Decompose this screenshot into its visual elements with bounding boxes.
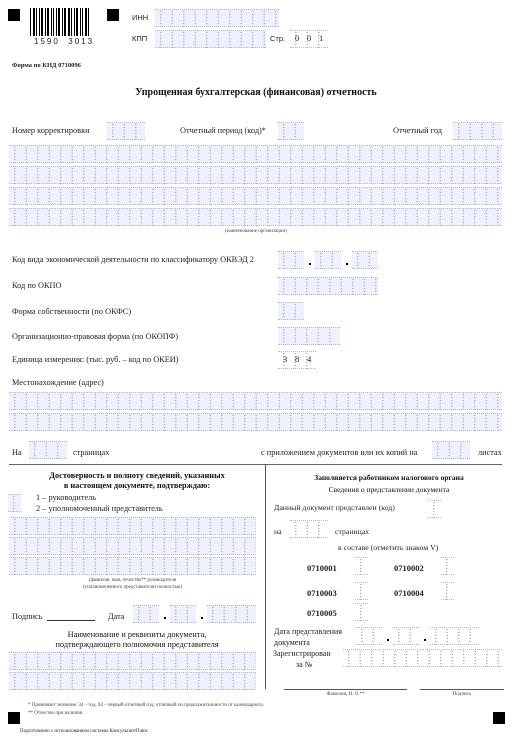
year-label: Отчетный год — [393, 126, 442, 135]
okved-field-2[interactable] — [315, 251, 341, 269]
submission-date-label-line1: Дата представления — [274, 627, 342, 636]
authority-doc-row-1[interactable] — [9, 652, 256, 670]
okopf-field[interactable] — [278, 327, 340, 345]
kpp-label: КПП — [132, 34, 147, 43]
composition-label: в составе (отметить знаком V) — [338, 543, 438, 552]
submission-date-separator-1 — [387, 639, 389, 641]
registration-marker-bottom-left — [8, 712, 20, 724]
inspector-fio-caption: Фамилия, И. О.** — [284, 692, 407, 697]
submitted-code-field[interactable] — [428, 500, 441, 518]
registration-number-field[interactable] — [343, 649, 502, 667]
correction-label: Номер корректировки — [12, 126, 90, 135]
pages-count-field[interactable] — [29, 441, 67, 459]
authority-doc-heading-line1: Наименование и реквизиты документа, — [9, 630, 265, 639]
okpo-field[interactable] — [278, 277, 378, 295]
org-name-row-4[interactable] — [9, 208, 502, 226]
column-divider — [265, 464, 266, 689]
okopf-label: Организационно-правовая форма (по ОКОПФ) — [12, 332, 178, 341]
correction-number-field[interactable] — [107, 122, 145, 140]
org-name-row-2[interactable] — [9, 166, 502, 184]
page-digit-3: 1 — [319, 33, 323, 43]
section-divider — [9, 464, 502, 465]
tax-office-heading: Заполняется работником налогового органа — [266, 473, 512, 482]
registered-label-line1: Зарегистрирован — [273, 649, 331, 658]
signer-fio-row-1[interactable] — [9, 517, 256, 535]
submission-date-year[interactable] — [430, 627, 479, 645]
org-name-row-3[interactable] — [9, 187, 502, 205]
date-separator-1 — [164, 617, 166, 619]
signature-label: Подпись — [12, 612, 42, 621]
inspector-signature-line — [420, 689, 504, 690]
code-0710003-checkbox[interactable] — [355, 582, 368, 600]
inn-label: ИНН — [132, 13, 148, 22]
registered-label-line2: за № — [296, 660, 312, 669]
signer-option-2: 2 – уполномоченный представитель — [36, 504, 163, 513]
attachments-label: с приложением документов или их копий на — [261, 448, 417, 457]
submission-date-separator-2 — [424, 639, 426, 641]
org-name-caption: (наименование организации) — [0, 229, 512, 234]
code-0710002-checkbox[interactable] — [441, 557, 454, 575]
address-row-1[interactable] — [9, 392, 502, 410]
org-name-row-1[interactable] — [9, 145, 502, 163]
kpp-field[interactable] — [155, 30, 266, 48]
confirmation-heading-line1: Достоверность и полноту сведений, указан… — [9, 471, 265, 480]
page-label: Стр. — [270, 34, 285, 43]
form-code: Форма по КНД 0710096 — [12, 62, 81, 69]
pages-prefix: На — [12, 448, 22, 457]
confirmation-heading-line2: в настоящем документе, подтверждаю: — [9, 481, 265, 490]
okved-separator-2 — [346, 263, 348, 265]
code-0710004-checkbox[interactable] — [441, 582, 454, 600]
registration-marker-top-left — [8, 9, 20, 21]
code-0710002: 0710002 — [394, 563, 424, 573]
page-digit-1: 0 — [295, 33, 299, 43]
submitted-code-label: Данный документ представлен (код) — [274, 503, 395, 512]
authority-doc-heading-line2: подтверждающего полномочия представителя — [9, 640, 265, 649]
date-separator-2 — [201, 617, 203, 619]
code-0710005-checkbox[interactable] — [355, 603, 368, 621]
okved-separator-1 — [309, 263, 311, 265]
signer-fio-row-2[interactable] — [9, 537, 256, 555]
code-0710004: 0710004 — [394, 588, 424, 598]
okfs-field[interactable] — [278, 302, 304, 320]
authority-doc-row-2[interactable] — [9, 672, 256, 690]
submission-date-label-line2: документа — [274, 638, 310, 647]
okei-digit-3: 4 — [307, 354, 311, 364]
signature-date-year[interactable] — [207, 605, 256, 623]
barcode-number: 1590 3013 — [34, 37, 94, 46]
page-digit-2: 0 — [307, 33, 311, 43]
footnote-2: ** Отчество при наличии. — [28, 711, 84, 716]
signer-fio-row-3[interactable] — [9, 557, 256, 575]
signer-type-field[interactable] — [8, 494, 21, 512]
signature-line[interactable] — [47, 620, 95, 621]
address-label: Местонахождение (адрес) — [12, 378, 104, 387]
signature-date-day[interactable] — [133, 605, 159, 623]
okved-label: Код вида экономической деятельности по к… — [12, 255, 254, 264]
signer-fio-caption-line2: (уполномоченного представителя) полность… — [9, 585, 256, 590]
tax-office-subheading: Сведения о представлении документа — [266, 485, 512, 494]
footnote-1: * Принимает значение: 34 – год, 94 – пер… — [28, 703, 264, 708]
inspector-fio-line — [284, 689, 407, 690]
code-0710005: 0710005 — [307, 608, 337, 618]
pages-suffix: страницах — [73, 448, 109, 457]
code-0710001-checkbox[interactable] — [355, 557, 368, 575]
inspector-signature-caption: Подпись — [420, 692, 504, 697]
date-label: Дата — [108, 612, 125, 621]
code-0710003: 0710003 — [307, 588, 337, 598]
registration-marker-bottom-right — [493, 712, 505, 724]
attachments-suffix: листах — [478, 448, 502, 457]
okfs-label: Форма собственности (по ОКФС) — [12, 307, 131, 316]
okpo-label: Код по ОКПО — [12, 281, 62, 290]
submission-date-month[interactable] — [393, 627, 419, 645]
okved-field-3[interactable] — [352, 251, 378, 269]
tax-pages-field[interactable] — [290, 520, 328, 538]
inn-field[interactable] — [155, 9, 279, 27]
reporting-year-field[interactable] — [453, 122, 502, 140]
okved-field-1[interactable] — [278, 251, 304, 269]
address-row-2[interactable] — [9, 413, 502, 431]
reporting-period-field[interactable] — [278, 122, 304, 140]
okei-digit-2: 8 — [295, 354, 299, 364]
tax-pages-suffix: страницах — [335, 527, 369, 536]
signature-date-month[interactable] — [170, 605, 196, 623]
tax-pages-prefix: на — [274, 527, 282, 536]
signer-fio-caption-line1: (фамилия, имя, отчество** руководителя — [9, 578, 256, 583]
page-title: Упрощенная бухгалтерская (финансовая) от… — [0, 87, 512, 98]
okei-digit-1: 3 — [283, 354, 287, 364]
code-0710001: 0710001 — [307, 563, 337, 573]
barcode — [30, 8, 96, 36]
submission-date-day[interactable] — [356, 627, 382, 645]
okei-label: Единица измерения: (тыс. руб. – код по О… — [12, 355, 179, 364]
period-label: Отчетный период (код)* — [180, 126, 266, 135]
prepared-with-note: Подготовлено с использованием системы Ко… — [20, 729, 148, 734]
attachments-count-field[interactable] — [432, 441, 470, 459]
registration-marker-top-center — [107, 9, 119, 21]
signer-option-1: 1 – руководитель — [36, 493, 96, 502]
